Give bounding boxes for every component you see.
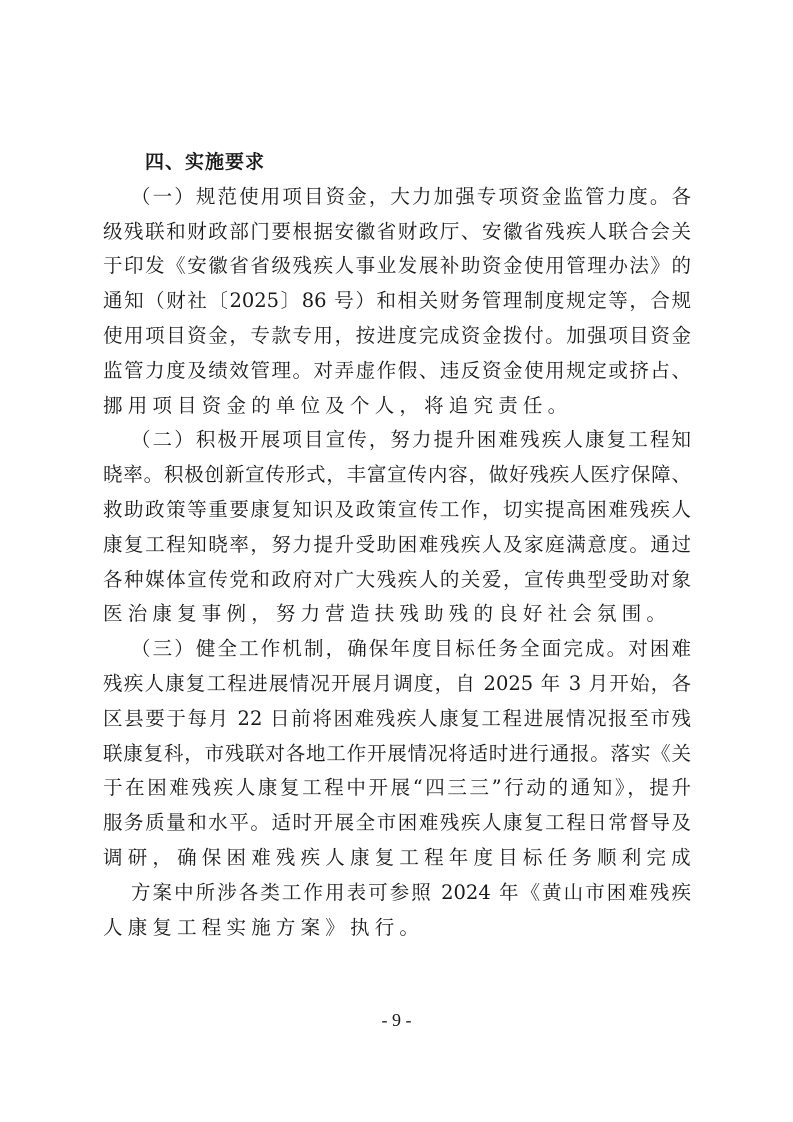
paragraph-line: 残疾人康复工程进展情况开展月调度，自 2025 年 3 月开始，各 xyxy=(103,667,691,702)
document-body: 四、实施要求 （一）规范使用项目资金，大力加强专项资金监管力度。各 级残联和财政… xyxy=(103,145,691,945)
paragraph-line: 医治康复事例，努力营造扶残助残的良好社会氛围。 xyxy=(103,597,691,632)
paragraph-funds-management: （一）规范使用项目资金，大力加强专项资金监管力度。各 级残联和财政部门要根据安徽… xyxy=(103,180,691,424)
document-page: 四、实施要求 （一）规范使用项目资金，大力加强专项资金监管力度。各 级残联和财政… xyxy=(0,0,793,1122)
paragraph-line: 级残联和财政部门要根据安徽省财政厅、安徽省残疾人联合会关 xyxy=(103,215,691,250)
paragraph-line: 各种媒体宣传党和政府对广大残疾人的关爱，宣传典型受助对象 xyxy=(103,563,691,598)
paragraph-line: （一）规范使用项目资金，大力加强专项资金监管力度。各 xyxy=(103,180,691,215)
paragraph-line: 晓率。积极创新宣传形式，丰富宣传内容，做好残疾人医疗保障、 xyxy=(103,458,691,493)
page-number: - 9 - xyxy=(0,1008,793,1032)
paragraph-line: 挪用项目资金的单位及个人，将追究责任。 xyxy=(103,389,691,424)
paragraph-line: 联康复科，市残联对各地工作开展情况将适时进行通报。落实《关 xyxy=(103,737,691,772)
paragraph-line: 区县要于每月 22 日前将困难残疾人康复工程进展情况报至市残 xyxy=(103,702,691,737)
paragraph-line: 调研，确保困难残疾人康复工程年度目标任务顺利完成。 xyxy=(103,841,691,876)
paragraph-line: 于印发《安徽省省级残疾人事业发展补助资金使用管理办法》的 xyxy=(103,249,691,284)
paragraph-work-mechanism: （三）健全工作机制，确保年度目标任务全面完成。对困难 残疾人康复工程进展情况开展… xyxy=(103,632,691,876)
paragraph-line: 监管力度及绩效管理。对弄虚作假、违反资金使用规定或挤占、 xyxy=(103,354,691,389)
paragraph-line: 服务质量和水平。适时开展全市困难残疾人康复工程日常督导及 xyxy=(103,806,691,841)
paragraph-line: 人康复工程实施方案》执行。 xyxy=(103,911,691,946)
paragraph-line: （二）积极开展项目宣传，努力提升困难残疾人康复工程知 xyxy=(103,423,691,458)
paragraph-forms-reference: 方案中所涉各类工作用表可参照 2024 年《黄山市困难残疾 人康复工程实施方案》… xyxy=(103,876,691,946)
paragraph-publicity: （二）积极开展项目宣传，努力提升困难残疾人康复工程知 晓率。积极创新宣传形式，丰… xyxy=(103,423,691,632)
paragraph-line: 方案中所涉各类工作用表可参照 2024 年《黄山市困难残疾 xyxy=(103,876,691,911)
section-heading: 四、实施要求 xyxy=(103,145,691,180)
paragraph-line: 通知（财社〔2025〕86 号）和相关财务管理制度规定等，合规 xyxy=(103,284,691,319)
paragraph-line: 于在困难残疾人康复工程中开展“四三三”行动的通知》，提升 xyxy=(103,771,691,806)
paragraph-line: 使用项目资金，专款专用，按进度完成资金拨付。加强项目资金 xyxy=(103,319,691,354)
paragraph-line: 救助政策等重要康复知识及政策宣传工作，切实提高困难残疾人 xyxy=(103,493,691,528)
paragraph-line: 康复工程知晓率，努力提升受助困难残疾人及家庭满意度。通过 xyxy=(103,528,691,563)
paragraph-line: （三）健全工作机制，确保年度目标任务全面完成。对困难 xyxy=(103,632,691,667)
